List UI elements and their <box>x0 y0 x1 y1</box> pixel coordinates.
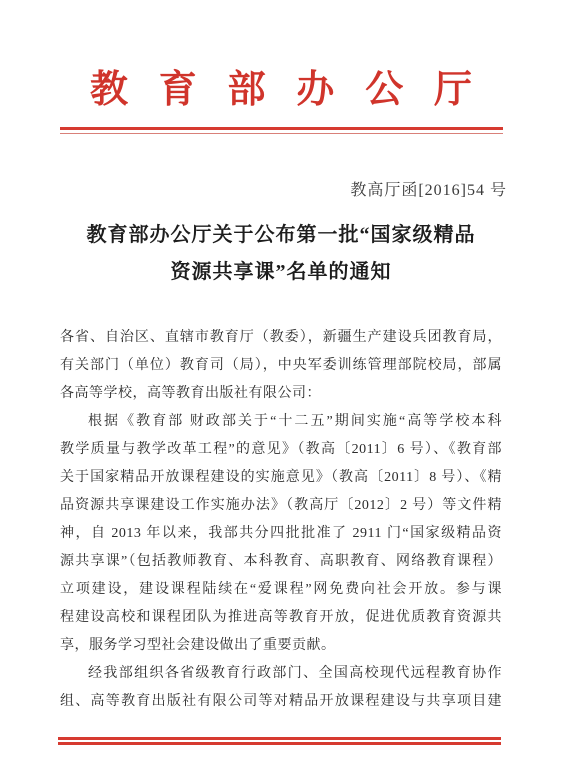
document-number: 教高厅函[2016]54 号 <box>350 177 507 200</box>
org-name-char: 公 <box>365 68 403 112</box>
org-name-char: 育 <box>159 68 197 112</box>
body-line: 组、高等教育出版社有限公司等对精品开放课程建设与共享项目建 <box>60 688 502 716</box>
org-name-char: 教 <box>90 68 128 112</box>
body-line: 根据《教育部 财政部关于“十二五”期间实施“高等学校本科 <box>60 408 502 436</box>
org-name-char: 部 <box>228 68 266 112</box>
document-title: 教育部办公厅关于公布第一批“国家级精品 资源共享课”名单的通知 <box>60 217 502 291</box>
org-name-char: 办 <box>296 68 334 112</box>
body-line: 有关部门（单位）教育司（局），中央军委训练管理部院校局，部属 <box>60 352 502 380</box>
footer-rule-top <box>58 737 501 740</box>
letterhead-org-name: 教 育 部 办 公 厅 <box>90 68 472 112</box>
body-line: 品资源共享课建设工作实施办法》（教高厅〔2012〕2 号）等文件精 <box>60 492 502 520</box>
letterhead-rule-thin <box>60 133 503 134</box>
document-body: 各省、自治区、直辖市教育厅（教委），新疆生产建设兵团教育局， 有关部门（单位）教… <box>60 324 502 716</box>
body-line: 神，自 2013 年以来，我部共分四批批准了 2911 门“国家级精品资 <box>60 520 502 548</box>
body-line: 源共享课”（包括教师教育、本科教育、高职教育、网络教育课程） <box>60 548 502 576</box>
footer-rule-bottom <box>58 742 501 745</box>
body-line: 各高等学校，高等教育出版社有限公司： <box>60 380 502 408</box>
org-name-char: 厅 <box>434 68 472 112</box>
body-line: 经我部组织各省级教育行政部门、全国高校现代远程教育协作 <box>60 660 502 688</box>
body-line: 各省、自治区、直辖市教育厅（教委），新疆生产建设兵团教育局， <box>60 324 502 352</box>
document-page: 教 育 部 办 公 厅 教高厅函[2016]54 号 教育部办公厅关于公布第一批… <box>0 0 562 767</box>
body-line: 教学质量与教学改革工程”的意见》（教高〔2011〕6 号）、《教育部 <box>60 436 502 464</box>
document-title-line1: 教育部办公厅关于公布第一批“国家级精品 <box>60 217 502 254</box>
document-title-line2: 资源共享课”名单的通知 <box>60 254 502 291</box>
body-line: 立项建设，建设课程陆续在“爱课程”网免费向社会开放。参与课 <box>60 576 502 604</box>
letterhead-rule-thick <box>60 127 503 130</box>
body-line: 享，服务学习型社会建设做出了重要贡献。 <box>60 632 502 660</box>
body-line: 程建设高校和课程团队为推进高等教育开放，促进优质教育资源共 <box>60 604 502 632</box>
body-line: 关于国家精品开放课程建设的实施意见》（教高〔2011〕8 号）、《精 <box>60 464 502 492</box>
